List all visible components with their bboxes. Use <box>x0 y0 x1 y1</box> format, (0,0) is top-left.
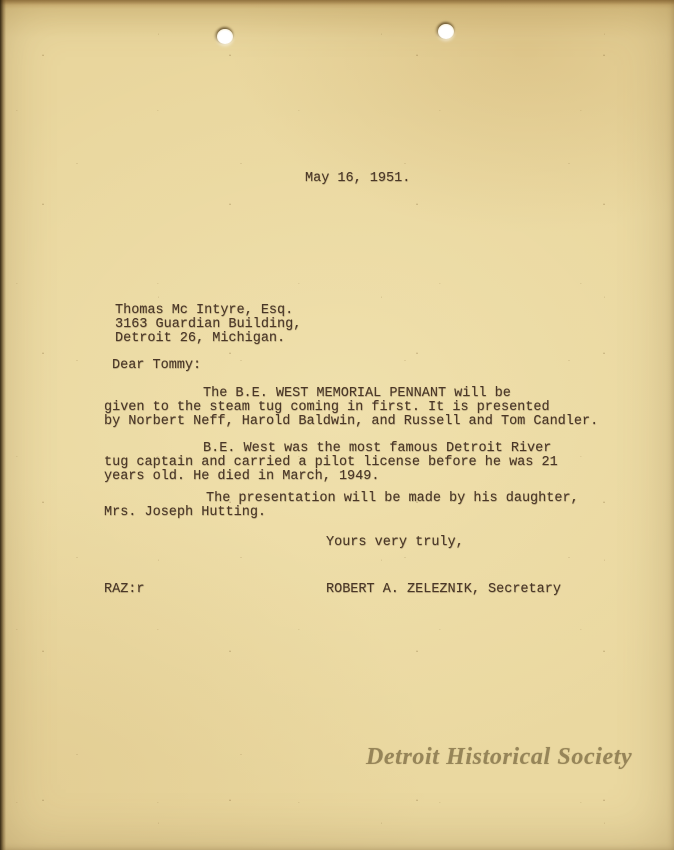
paragraph-1-line-1: The B.E. WEST MEMORIAL PENNANT will be <box>203 387 511 401</box>
scanned-letter-page: May 16, 1951. Thomas Mc Intyre, Esq. 316… <box>0 0 674 850</box>
paragraph-1-line-2: given to the steam tug coming in first. … <box>104 401 550 415</box>
recipient-address-line-1: 3163 Guardian Building, <box>115 318 301 332</box>
archive-watermark: Detroit Historical Society <box>366 744 632 771</box>
paragraph-3-line-2: Mrs. Joseph Hutting. <box>104 506 266 520</box>
reference-initials: RAZ:r <box>104 583 145 597</box>
paragraph-3-line-1: The presentation will be made by his dau… <box>206 492 579 506</box>
letter-date: May 16, 1951. <box>305 172 410 186</box>
paragraph-2-line-3: years old. He died in March, 1949. <box>104 470 379 484</box>
recipient-address-line-2: Detroit 26, Michigan. <box>115 332 285 346</box>
punch-hole-right <box>438 24 454 39</box>
complimentary-closing: Yours very truly, <box>326 536 464 550</box>
punch-hole-left <box>217 29 233 44</box>
signature-line: ROBERT A. ZELEZNIK, Secretary <box>326 583 561 597</box>
salutation: Dear Tommy: <box>112 359 201 373</box>
recipient-name: Thomas Mc Intyre, Esq. <box>115 304 293 318</box>
paragraph-2-line-1: B.E. West was the most famous Detroit Ri… <box>203 442 551 456</box>
scan-top-edge <box>0 0 674 5</box>
scan-left-edge <box>0 0 6 850</box>
paragraph-2-line-2: tug captain and carried a pilot license … <box>104 456 558 470</box>
paragraph-1-line-3: by Norbert Neff, Harold Baldwin, and Rus… <box>104 415 598 429</box>
